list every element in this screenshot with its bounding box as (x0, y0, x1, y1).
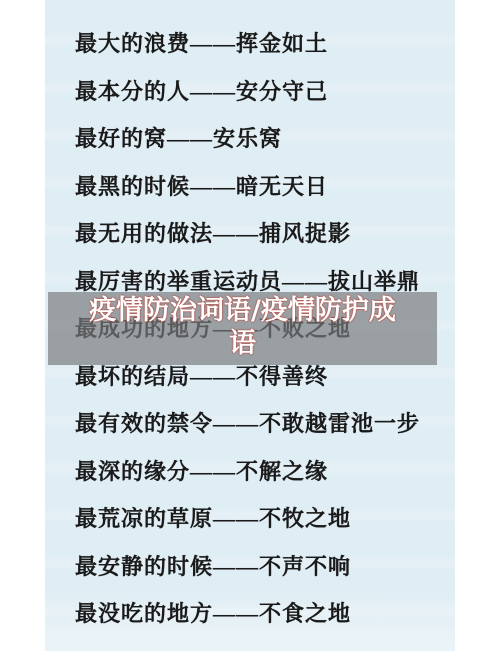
page-background: 最大的浪费——挥金如土 最本分的人——安分守己 最好的窝——安乐窝 最黑的时候—… (0, 0, 500, 651)
title-overlay-band: 疫情防治词语/疫情防护成 语 (48, 292, 437, 365)
overlay-title-line-2: 语 (48, 327, 437, 360)
overlay-title-line-1: 疫情防治词语/疫情防护成 (48, 294, 437, 327)
idiom-line: 最无用的做法——捕风捉影 (75, 210, 445, 258)
idiom-line: 最安静的时候——不声不响 (75, 543, 445, 591)
idiom-line: 最黑的时候——暗无天日 (75, 163, 445, 211)
idiom-line: 最大的浪费——挥金如土 (75, 20, 445, 68)
idiom-line: 最没吃的地方——不食之地 (75, 590, 445, 638)
idiom-line: 最深的缘分——不解之缘 (75, 448, 445, 496)
idiom-line: 最本分的人——安分守己 (75, 68, 445, 116)
idiom-line: 最好的窝——安乐窝 (75, 115, 445, 163)
idiom-line: 最有效的禁令——不敢越雷池一步 (75, 400, 445, 448)
article-image: 最大的浪费——挥金如土 最本分的人——安分守己 最好的窝——安乐窝 最黑的时候—… (45, 0, 455, 651)
idiom-line: 最荒凉的草原——不牧之地 (75, 495, 445, 543)
